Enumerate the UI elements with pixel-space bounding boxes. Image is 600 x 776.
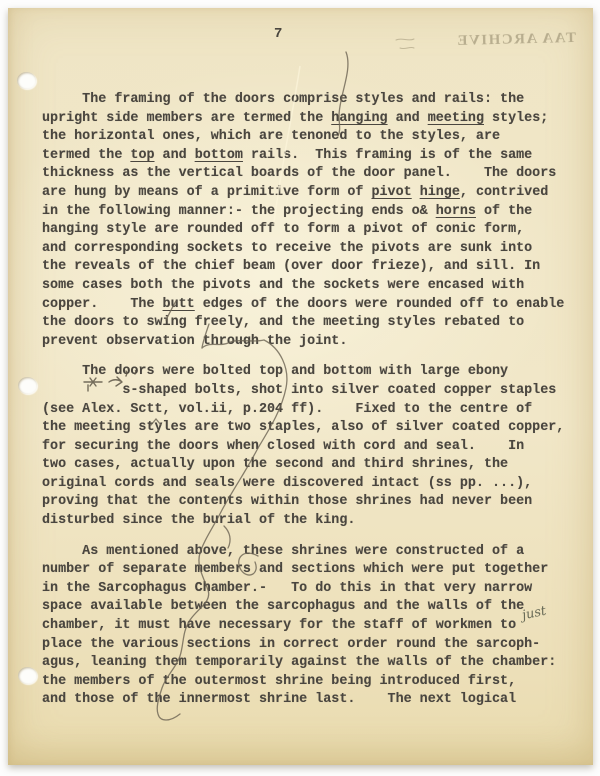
text-line: two cases, actually upon the second and … [42,456,564,475]
typewritten-text: The framing of the doors comprise styles… [42,91,564,722]
underlined-term: butt [163,297,195,312]
punch-hole [18,667,37,684]
text-line: upright side members are termed the hang… [42,110,564,129]
typewritten-paragraph: The framing of the doors comprise styles… [42,91,564,351]
text-line: s-shaped bolts, shot into silver coated … [42,382,564,401]
text-line: in the following manner:- the projecting… [42,203,564,222]
text-line: agus, leaning them temporarily against t… [42,654,564,673]
text-line: the meeting styles are two staples, also… [42,419,564,438]
text-line: the horizontal ones, which are tenoned t… [42,128,564,147]
underlined-term: horns [436,204,476,219]
text-line: prevent observation through the joint. [42,333,564,352]
text-line: proving that the contents within those s… [42,493,564,512]
text-line: and corresponding sockets to receive the… [42,240,564,259]
text-line: the reveals of the chief beam (over door… [42,258,564,277]
text-line: The framing of the doors comprise styles… [42,91,564,110]
underlined-term: hinge [420,185,460,200]
archive-stamp-mirrored: TAA ARCHIVE [416,30,576,51]
text-line: The doors were bolted top and bottom wit… [42,363,564,382]
underlined-term: top [130,148,154,163]
text-line: some cases both the pivots and the socke… [42,277,564,296]
punch-hole [17,72,36,89]
text-line: number of separate members and sections … [42,561,564,580]
text-line: the doors to swing freely, and the meeti… [42,314,564,333]
text-line: for securing the doors when closed with … [42,438,564,457]
typewritten-paragraph: As mentioned above, these shrines were c… [42,543,564,710]
page-number: 7 [274,26,282,42]
punch-hole [18,377,37,394]
text-line: copper. The butt edges of the doors were… [42,296,564,315]
text-line: place the various sections in correct or… [42,636,564,655]
text-line: hanging style are rounded off to form a … [42,221,564,240]
underlined-term: hanging [331,111,387,126]
text-line: and those of the innermost shrine last. … [42,691,564,710]
text-line: the members of the outermost shrine bein… [42,673,564,692]
text-line: are hung by means of a primitive form of… [42,184,564,203]
underlined-term: meeting [428,111,484,126]
underlined-term: bottom [195,148,243,163]
text-line: chamber, it must have necessary for the … [42,617,564,636]
typewritten-paragraph: The doors were bolted top and bottom wit… [42,363,564,530]
text-line: termed the top and bottom rails. This fr… [42,147,564,166]
paper-sheet: 7 TAA ARCHIVE The framing of the doors c… [8,8,593,765]
text-line: space available between the sarcophagus … [42,598,564,617]
text-line: (see Alex. Sctt, vol.ii, p.204 ff). Fixe… [42,401,564,420]
text-line: disturbed since the burial of the king. [42,512,564,531]
text-line: As mentioned above, these shrines were c… [42,543,564,562]
text-line: in the Sarcophagus Chamber.- To do this … [42,580,564,599]
underlined-term: pivot [371,185,411,200]
text-line: original cords and seals were discovered… [42,475,564,494]
text-line: thickness as the vertical boards of the … [42,165,564,184]
